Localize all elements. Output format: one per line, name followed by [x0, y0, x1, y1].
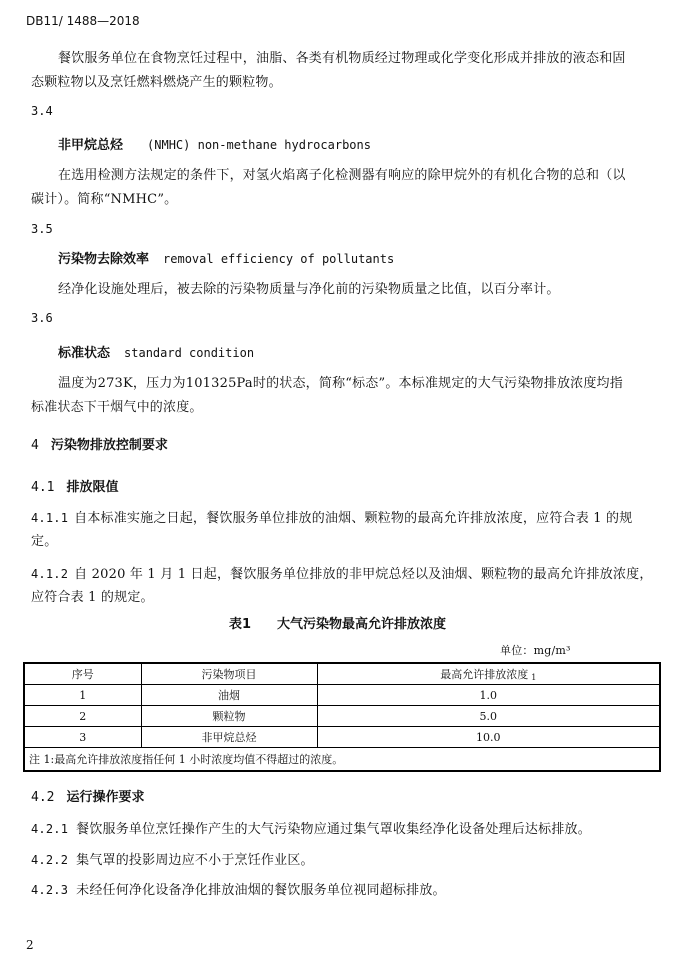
clause-4-2-3: 4.2.3未经任何净化设备净化排放油烟的餐饮服务单位视同超标排放。 [31, 879, 446, 898]
section-3-4-definition-line-2: 碳计）。简称“NMHC”。 [31, 188, 177, 207]
clause-text: 餐饮服务单位烹饪操作产生的大气污染物应通过集气罩收集经净化设备处理后达标排放。 [76, 822, 591, 837]
section-3-6-definition-line-1: 温度为273K，压力为101325Pa时的状态，简称“标态”。本标准规定的大气污… [58, 372, 623, 391]
term-en: (NMHC) non-methane hydrocarbons [147, 138, 371, 152]
term-en: removal efficiency of pollutants [163, 252, 394, 266]
header-max-concentration: 最高允许排放浓度1 [317, 663, 660, 685]
clause-number: 4.1.1 [31, 511, 68, 525]
section-title: 污染物排放控制要求 [51, 438, 168, 453]
clause-4-1-1-line-1: 4.1.1自本标准实施之日起，餐饮服务单位排放的油烟、颗粒物的最高允许排放浓度，… [31, 507, 632, 526]
section-number: 4 [31, 438, 39, 453]
table-note: 注 1:最高允许排放浓度指任何 1 小时浓度均值不得超过的浓度。 [24, 748, 660, 772]
clause-number: 4.2.1 [31, 822, 68, 836]
cell-limit: 5.0 [317, 706, 660, 727]
header-pollutant-item: 污染物项目 [141, 663, 317, 685]
clause-text: 未经任何净化设备净化排放油烟的餐饮服务单位视同超标排放。 [76, 883, 446, 898]
section-4-1-heading: 4.1排放限值 [31, 476, 119, 495]
table-1-caption: 表1大气污染物最高允许排放浓度 [229, 613, 446, 632]
section-3-4-number: 3.4 [31, 104, 53, 118]
clause-4-2-1: 4.2.1餐饮服务单位烹饪操作产生的大气污染物应通过集气罩收集经净化设备处理后达… [31, 818, 591, 837]
term-cn: 标准状态 [58, 346, 110, 361]
emission-limits-table: 序号 污染物项目 最高允许排放浓度1 1 油烟 1.0 2 颗粒物 5.0 3 … [23, 662, 661, 772]
table-header-row: 序号 污染物项目 最高允许排放浓度1 [24, 663, 660, 685]
header-serial-number: 序号 [24, 663, 141, 685]
section-number: 4.1 [31, 480, 54, 495]
page-number: 2 [26, 938, 34, 952]
clause-text: 自 2020 年 1 月 1 日起，餐饮服务单位排放的非甲烷总烃以及油烟、颗粒物… [74, 567, 652, 582]
footnote-mark: 1 [531, 673, 536, 682]
clause-4-1-2-line-2: 应符合表 1 的规定。 [31, 586, 154, 605]
clause-text: 自本标准实施之日起，餐饮服务单位排放的油烟、颗粒物的最高允许排放浓度，应符合表 … [74, 511, 632, 526]
section-3-5-number: 3.5 [31, 222, 53, 236]
clause-4-1-2-line-1: 4.1.2自 2020 年 1 月 1 日起，餐饮服务单位排放的非甲烷总烃以及油… [31, 563, 653, 582]
table-row: 3 非甲烷总烃 10.0 [24, 727, 660, 748]
section-4-2-heading: 4.2运行操作要求 [31, 786, 145, 805]
cell-limit: 1.0 [317, 685, 660, 706]
table-1-unit: 单位：mg/m³ [500, 642, 571, 658]
term-cn: 污染物去除效率 [58, 252, 149, 267]
cell-serial: 1 [24, 685, 141, 706]
document-id-header: DB11/ 1488—2018 [26, 14, 140, 28]
section-title: 排放限值 [66, 480, 118, 495]
clause-4-1-1-line-2: 定。 [31, 530, 57, 549]
table-caption-label: 表1 [229, 617, 251, 632]
cell-serial: 3 [24, 727, 141, 748]
section-title: 运行操作要求 [66, 790, 144, 805]
clause-number: 4.2.3 [31, 883, 68, 897]
clause-number: 4.2.2 [31, 853, 68, 867]
section-3-4-term: 非甲烷总烃(NMHC) non-methane hydrocarbons [58, 134, 371, 153]
header-max-concentration-label: 最高允许排放浓度 [440, 668, 528, 681]
clause-text: 集气罩的投影周边应不小于烹饪作业区。 [76, 853, 314, 868]
cell-serial: 2 [24, 706, 141, 727]
table-row: 2 颗粒物 5.0 [24, 706, 660, 727]
intro-paragraph-line-1: 餐饮服务单位在食物烹饪过程中，油脂、各类有机物质经过物理或化学变化形成并排放的液… [58, 47, 626, 66]
section-3-5-term: 污染物去除效率removal efficiency of pollutants [58, 248, 394, 267]
clause-number: 4.1.2 [31, 567, 68, 581]
table-caption-title: 大气污染物最高允许排放浓度 [277, 617, 446, 632]
clause-4-2-2: 4.2.2集气罩的投影周边应不小于烹饪作业区。 [31, 849, 314, 868]
cell-pollutant: 非甲烷总烃 [141, 727, 317, 748]
table-note-row: 注 1:最高允许排放浓度指任何 1 小时浓度均值不得超过的浓度。 [24, 748, 660, 772]
term-cn: 非甲烷总烃 [58, 138, 123, 153]
cell-limit: 10.0 [317, 727, 660, 748]
section-3-5-definition: 经净化设施处理后，被去除的污染物质量与净化前的污染物质量之比值，以百分率计。 [58, 278, 560, 297]
section-3-6-term: 标准状态standard condition [58, 342, 254, 361]
section-3-6-number: 3.6 [31, 311, 53, 325]
section-number: 4.2 [31, 790, 54, 805]
section-3-4-definition-line-1: 在选用检测方法规定的条件下，对氢火焰离子化检测器有响应的除甲烷外的有机化合物的总… [58, 164, 626, 183]
section-3-6-definition-line-2: 标准状态下干烟气中的浓度。 [31, 396, 203, 415]
cell-pollutant: 油烟 [141, 685, 317, 706]
section-4-heading: 4污染物排放控制要求 [31, 434, 168, 453]
cell-pollutant: 颗粒物 [141, 706, 317, 727]
intro-paragraph-line-2: 态颗粒物以及烹饪燃料燃烧产生的颗粒物。 [31, 71, 282, 90]
table-row: 1 油烟 1.0 [24, 685, 660, 706]
term-en: standard condition [124, 346, 254, 360]
